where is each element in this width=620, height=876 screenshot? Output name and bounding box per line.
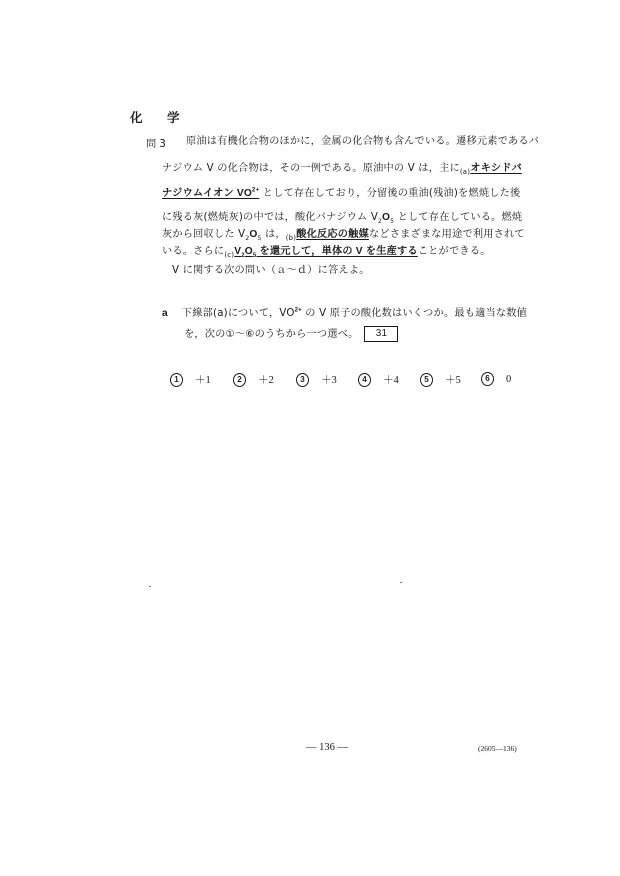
subject-heading: 化 学 <box>130 108 186 126</box>
exam-code: (2605―136) <box>478 744 517 753</box>
underlined-phrase-b: 酸化反応の触媒 <box>296 229 369 240</box>
circled-number-icon: 5 <box>420 373 433 387</box>
subquestion-a-line-1: a下線部(a)について，VO2+ の V 原子の酸化数はいくつか。最も適当な数値 <box>162 307 527 321</box>
choice-1[interactable]: 1 ＋1 <box>170 372 211 387</box>
question-line-2: ナジウム V の化合物は，その一例である。原油中の V は，主に(a)オキシドバ <box>162 162 522 179</box>
underline-marker-a: (a) <box>460 168 470 176</box>
question-line-3: ナジウムイオン VO2+ として存在しており，分留後の重油(残油)を燃焼した後 <box>162 187 520 201</box>
circled-number-icon: 4 <box>358 373 371 387</box>
subquestion-label: a <box>162 308 168 319</box>
circled-number-icon: 2 <box>233 373 246 387</box>
question-number: 問 3 <box>146 135 166 150</box>
underline-marker-c: (c) <box>224 251 234 259</box>
question-line-1: 原油は有機化合物のほかに，金属の化合物も含んでいる。遷移元素であるバ <box>186 135 539 149</box>
circled-number-icon: 1 <box>170 373 183 387</box>
choice-4[interactable]: 4 ＋4 <box>358 372 399 387</box>
underlined-phrase-a: オキシドバ <box>470 163 522 174</box>
choice-5[interactable]: 5 ＋5 <box>420 372 461 387</box>
answer-choices: 1 ＋1 2 ＋2 3 ＋3 4 ＋4 5 ＋5 6 0 <box>170 372 530 388</box>
page-number: ― 136 ― <box>306 742 348 753</box>
question-line-6: いる。さらに(c)V2O5 を還元して，単体の V を生産することができる。 <box>162 245 491 262</box>
question-line-4: に残る灰(燃焼灰)の中では，酸化バナジウム V2O5 として存在している。燃焼 <box>162 211 522 225</box>
scan-speck <box>400 582 402 583</box>
subquestion-a-line-2: を，次の①～⑥のうちから一つ選べ。31 <box>184 326 398 342</box>
answer-box[interactable]: 31 <box>364 326 398 342</box>
choice-2[interactable]: 2 ＋2 <box>233 372 274 387</box>
circled-number-icon: 6 <box>481 372 494 386</box>
scan-speck <box>149 586 151 587</box>
underline-marker-b: (b) <box>286 234 297 242</box>
underlined-phrase-c: V2O5 を還元して，単体の V を生産する <box>234 246 418 257</box>
question-line-5: 灰から回収した V2O5 は，(b)酸化反応の触媒などさまざまな用途で利用されて <box>162 228 525 245</box>
exam-page: 化 学 問 3 原油は有機化合物のほかに，金属の化合物も含んでいる。遷移元素であ… <box>0 0 620 876</box>
question-line-7: V に関する次の問い（ａ～ｄ）に答えよ。 <box>172 264 370 278</box>
choice-6[interactable]: 6 0 <box>481 372 511 386</box>
circled-number-icon: 3 <box>296 373 309 387</box>
choice-3[interactable]: 3 ＋3 <box>296 372 337 387</box>
